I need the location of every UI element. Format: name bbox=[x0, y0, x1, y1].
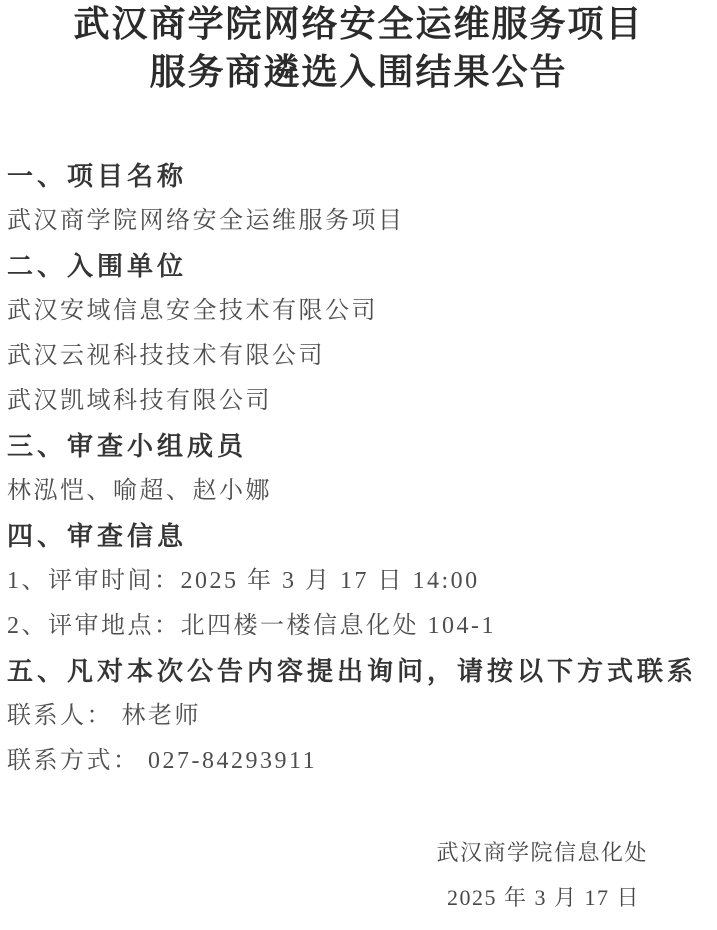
document-title-line2: 服务商遴选入围结果公告 bbox=[0, 48, 717, 96]
section-project-name-heading: 一、项目名称 bbox=[7, 154, 717, 199]
contact-person: 联系人： 林老师 bbox=[7, 694, 717, 739]
signature-date: 2025 年 3 月 17 日 bbox=[0, 875, 648, 920]
shortlisted-company-2: 武汉云视科技技术有限公司 bbox=[7, 334, 717, 379]
document-title: 武汉商学院网络安全运维服务项目 服务商遴选入围结果公告 bbox=[0, 0, 717, 96]
announcement-document: 武汉商学院网络安全运维服务项目 服务商遴选入围结果公告 一、项目名称 武汉商学院… bbox=[0, 0, 717, 930]
project-name-text: 武汉商学院网络安全运维服务项目 bbox=[7, 199, 717, 244]
document-signature: 武汉商学院信息化处 2025 年 3 月 17 日 bbox=[0, 830, 717, 920]
shortlisted-company-3: 武汉凯域科技有限公司 bbox=[7, 379, 717, 424]
section-review-info-heading: 四、审查信息 bbox=[7, 514, 717, 559]
contact-phone: 联系方式： 027-84293911 bbox=[7, 739, 717, 784]
section-review-panel-heading: 三、审查小组成员 bbox=[7, 424, 717, 469]
review-panel-members: 林泓恺、喻超、赵小娜 bbox=[7, 469, 717, 514]
shortlisted-company-1: 武汉安域信息安全技术有限公司 bbox=[7, 289, 717, 334]
review-location: 2、评审地点：北四楼一楼信息化处 104-1 bbox=[7, 604, 717, 649]
section-shortlisted-units-heading: 二、入围单位 bbox=[7, 244, 717, 289]
signature-organization: 武汉商学院信息化处 bbox=[0, 830, 648, 875]
document-title-line1: 武汉商学院网络安全运维服务项目 bbox=[0, 0, 717, 48]
review-time: 1、评审时间：2025 年 3 月 17 日 14:00 bbox=[7, 559, 717, 604]
section-inquiry-contact-heading: 五、凡对本次公告内容提出询问，请按以下方式联系 bbox=[7, 649, 717, 694]
document-body: 一、项目名称 武汉商学院网络安全运维服务项目 二、入围单位 武汉安域信息安全技术… bbox=[0, 154, 717, 784]
